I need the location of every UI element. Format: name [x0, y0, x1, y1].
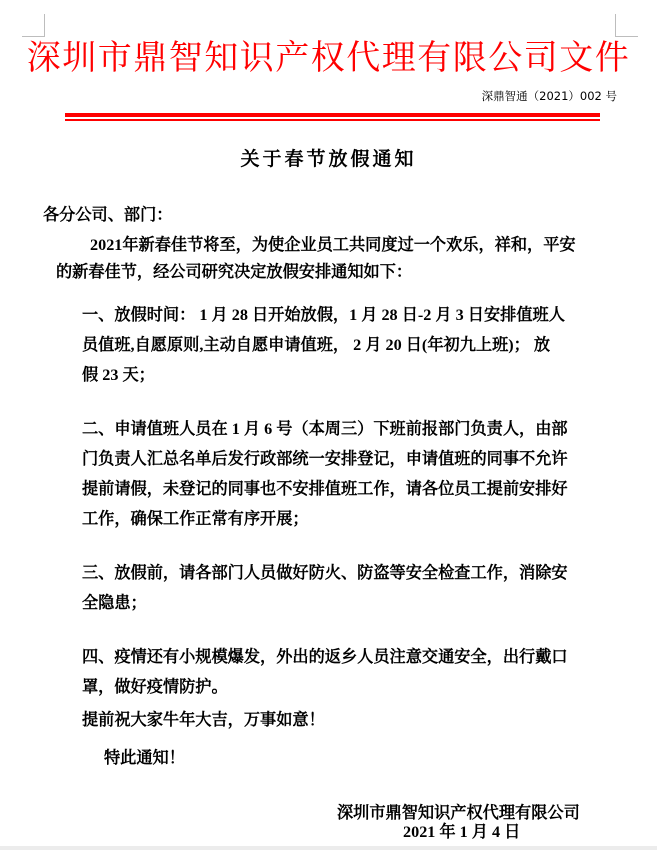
item-1-line-2: 员值班,自愿原则,主动自愿申请值班， 2 月 20 日(年初九上班)； 放	[82, 330, 622, 360]
document-number: 深鼎智通（2021）002 号	[482, 88, 617, 104]
signature-date: 2021 年 1 月 4 日	[403, 822, 520, 842]
header-rule-thin	[65, 119, 600, 121]
notice-title: 关于春节放假通知	[0, 146, 657, 172]
item-2-line-2: 门负责人汇总名单后发行政部统一安排登记，申请值班的同事不允许	[82, 444, 622, 474]
item-2-line-1: 二、申请值班人员在 1 月 6 号（本周三）下班前报部门负责人，由部	[82, 414, 622, 444]
salutation: 各分公司、部门：	[43, 205, 173, 225]
item-3-line-1: 三、放假前，请各部门人员做好防火、防盗等安全检查工作，消除安	[82, 558, 622, 588]
item-3-line-2: 全隐患；	[82, 588, 622, 618]
signature-company: 深圳市鼎智知识产权代理有限公司	[337, 803, 580, 823]
notice-item-4: 四、疫情还有小规模爆发，外出的返乡人员注意交通安全，出行戴口 罩，做好疫情防护。	[82, 642, 622, 702]
item-1-line-1: 一、放假时间： 1 月 28 日开始放假，1 月 28 日-2 月 3 日安排值…	[82, 300, 622, 330]
item-1-line-3: 假 23 天；	[82, 360, 622, 390]
page-bottom-edge	[0, 846, 657, 850]
page-corner-mark-top-right	[615, 14, 638, 37]
item-2-line-4: 工作，确保工作正常有序开展；	[82, 504, 622, 534]
intro-line-2: 的新春佳节，经公司研究决定放假安排通知如下：	[56, 262, 412, 282]
item-2-line-3: 提前请假，未登记的同事也不安排值班工作，请各位员工提前安排好	[82, 474, 622, 504]
page-corner-mark-top-left	[22, 14, 45, 37]
document-header-title: 深圳市鼎智知识产权代理有限公司文件	[0, 38, 657, 78]
notice-item-2: 二、申请值班人员在 1 月 6 号（本周三）下班前报部门负责人，由部 门负责人汇…	[82, 414, 622, 534]
closing: 特此通知！	[104, 748, 185, 768]
notice-item-1: 一、放假时间： 1 月 28 日开始放假，1 月 28 日-2 月 3 日安排值…	[82, 300, 622, 390]
intro-line-1: 2021年新春佳节将至，为使企业员工共同度过一个欢乐，祥和，平安	[90, 235, 576, 255]
notice-item-3: 三、放假前，请各部门人员做好防火、防盗等安全检查工作，消除安 全隐患；	[82, 558, 622, 618]
header-rule-thick	[65, 113, 600, 117]
wishes: 提前祝大家牛年大吉，万事如意！	[82, 710, 325, 730]
item-4-line-1: 四、疫情还有小规模爆发，外出的返乡人员注意交通安全，出行戴口	[82, 642, 622, 672]
item-4-line-2: 罩，做好疫情防护。	[82, 672, 622, 702]
